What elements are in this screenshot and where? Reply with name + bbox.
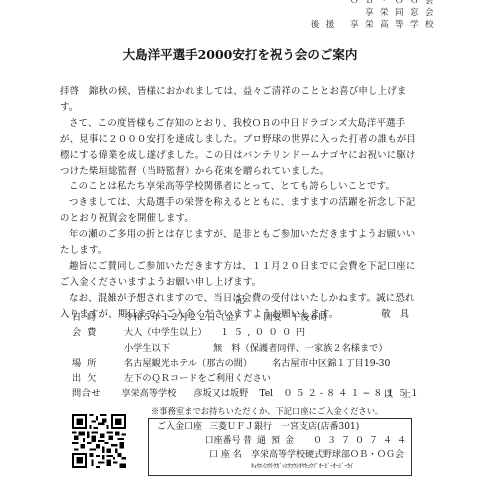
- venue-address: 名古屋市中区錦１丁目19-30: [272, 356, 390, 371]
- sender-line-ob-og: ＯＢ・ＯＧ会: [311, 0, 440, 7]
- ijou-closing: 以上: [384, 386, 420, 400]
- fee-child-value: 無 料（保護者同伴、一家族２名様まで）: [213, 341, 388, 356]
- sender-line-alumni: 享栄同窓会: [311, 7, 440, 19]
- detail-row-fee-child: 小学生以下 無 料（保護者同伴、一家族２名様まで）: [72, 341, 422, 356]
- account-number-label: 口座番号: [205, 435, 243, 449]
- body-paragraph-request: 年の瀬のご多用の折とは存じますが、是非ともご参加いただきますようお願いいたします…: [60, 227, 422, 259]
- venue-label: 場所: [72, 356, 124, 371]
- account-row-name: 口 座 名 享栄高等学校硬式野球部ＯＢ・ＯＧ会: [157, 449, 411, 463]
- detail-row-venue: 場所 名古屋観光ホテル（那古の間） 名古屋市中区錦１丁目19-30: [72, 356, 422, 371]
- account-name-label: 口 座 名: [209, 449, 251, 463]
- body-paragraph-celebration: つきましては、大島選手の栄誉を称えるとともに、ますますの活躍を祈念し下記のとおり…: [60, 195, 422, 227]
- bank-account-box: ご入金口座 三菱ＵＦＪ銀行 一宮支店(店番301) 口座番号 普通預金 ０３７０…: [148, 418, 412, 476]
- fee-adult-label: 大人（中学生以上）: [124, 325, 220, 340]
- date-value: 令和５年１２月２２日（金）: [124, 310, 243, 325]
- account-number-value: 普通預金 ０３７０７４４: [243, 435, 411, 449]
- ki-heading: 記: [0, 292, 480, 306]
- body-paragraph-pride: このことは私たち享栄高等学校関係者にとって、とても誇らしいことです。: [60, 179, 422, 195]
- greeting-paragraph: 拝啓 錦秋の候、皆様におかれましては、益々ご清祥のこととお喜び申し上げます。: [60, 84, 422, 116]
- fee-child-label: 小学生以下: [124, 341, 213, 356]
- contact-school: 享栄高等学校: [121, 386, 193, 401]
- sender-block: ＯＢ・ＯＧ会 享栄同窓会 後援 享栄高等学校: [311, 0, 440, 31]
- detail-row-date: 日時 令和５年１２月２２日（金） 開宴 午後６時: [72, 310, 422, 325]
- contact-label: 問合せ: [72, 386, 121, 401]
- detail-row-contact: 問合せ 享栄高等学校 彦坂又は坂野 Tel ０５２-８４１−８１５１: [72, 386, 422, 401]
- deposit-label: ご入金口座: [157, 421, 209, 435]
- contact-tel-label: Tel: [259, 386, 283, 401]
- rsvp-label: 出欠: [72, 371, 124, 386]
- detail-row-rsvp: 出欠 左下のＱＲコードをご利用ください: [72, 371, 422, 386]
- detail-row-fee: 会費 大人（中学生以上） １５,０００円: [72, 325, 422, 340]
- date-label: 日時: [72, 310, 124, 325]
- event-details: 日時 令和５年１２月２２日（金） 開宴 午後６時 会費 大人（中学生以上） １５…: [72, 310, 422, 402]
- contact-persons: 彦坂又は坂野: [193, 386, 259, 401]
- document-title: 大島洋平選手2000安打を祝う会のご案内: [0, 45, 480, 63]
- rsvp-value: 左下のＱＲコードをご利用ください: [124, 371, 422, 386]
- fee-adult-value: １５,０００円: [220, 325, 310, 340]
- account-row-bank: ご入金口座 三菱ＵＦＪ銀行 一宮支店(店番301): [157, 421, 411, 435]
- qr-code-icon: [72, 414, 126, 468]
- body-paragraph-payment: 趣旨にご賛同しご参加いただきます方は、１１月２０日までに会費を下記口座にご入金く…: [60, 259, 422, 291]
- bank-branch: 三菱ＵＦＪ銀行 一宮支店(店番301): [209, 421, 359, 435]
- account-row-number: 口座番号 普通預金 ０３７０７４４: [157, 435, 411, 449]
- fee-label: 会費: [72, 325, 124, 340]
- venue-value: 名古屋観光ホテル（那古の間）: [124, 356, 272, 371]
- letter-body: 拝啓 錦秋の候、皆様におかれましては、益々ご清祥のこととお喜び申し上げます。 さ…: [60, 84, 422, 323]
- account-name-value: 享栄高等学校硬式野球部ＯＢ・ＯＧ会: [251, 449, 404, 463]
- account-name-kana: ｷｮｳｴｲｺｳﾄｳｶﾞｯｺｳｺｳｼｷﾔｷｭｳﾌﾞｵｰﾋﾞｰｵｰｼﾞｰｶｲ: [157, 462, 411, 472]
- payment-note: ※事務室までお持ちいただくか、下記口座にご入金ください。: [151, 405, 383, 417]
- rsvp-qr-code[interactable]: [72, 414, 126, 468]
- sender-line-school: 後援 享栄高等学校: [311, 19, 440, 31]
- body-paragraph-achievement: さて、この度皆様もご存知のとおり、我校ＯＢの中日ドラゴンズ大島洋平選手が、見事に…: [60, 116, 422, 180]
- date-opening-time: 開宴 午後６時: [263, 310, 327, 325]
- invitation-document: ＯＢ・ＯＧ会 享栄同窓会 後援 享栄高等学校 大島洋平選手2000安打を祝う会の…: [0, 0, 480, 480]
